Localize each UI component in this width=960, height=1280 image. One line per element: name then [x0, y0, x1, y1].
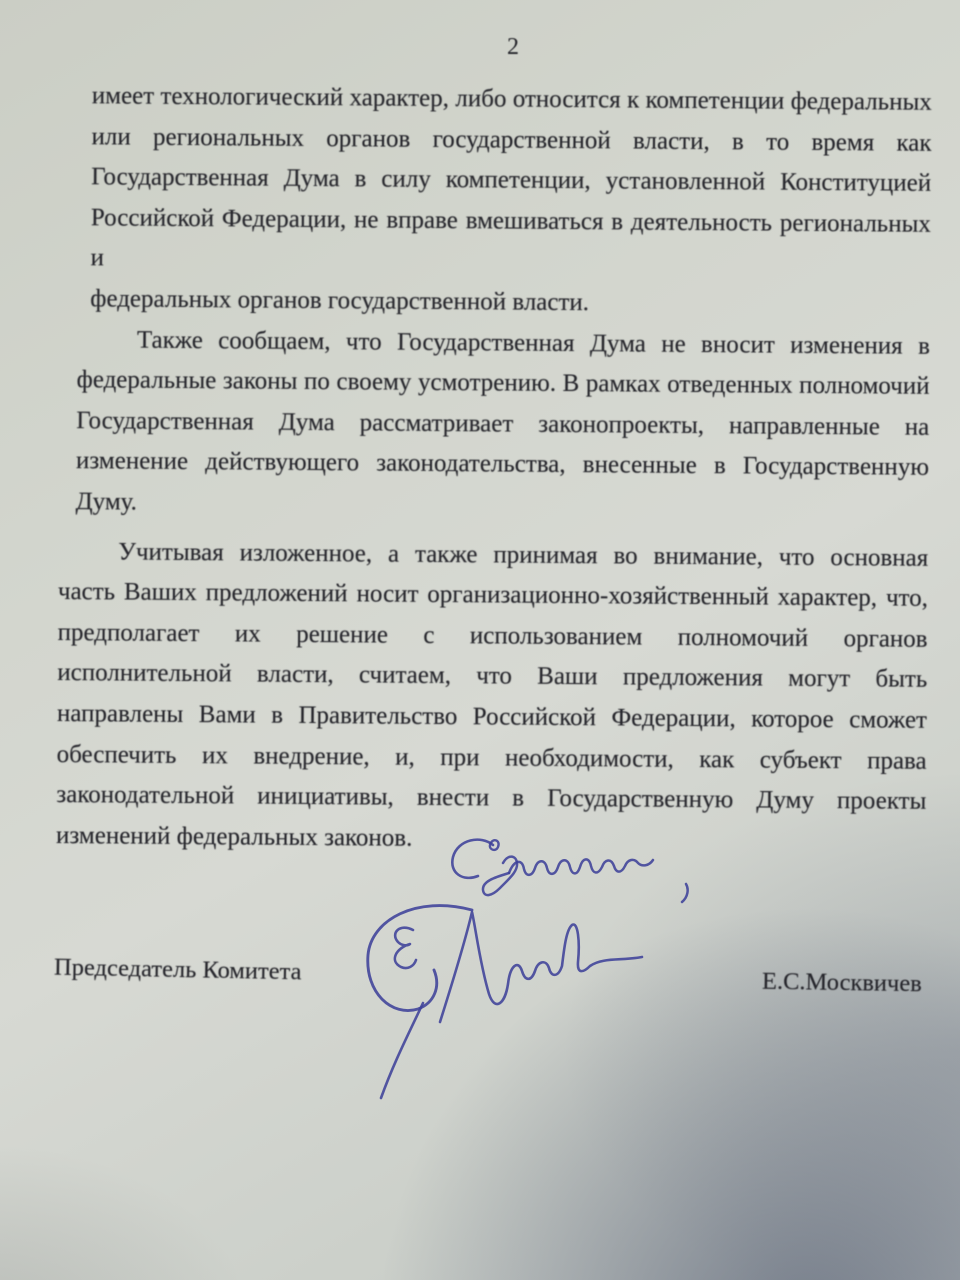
- text-line: Учитывая изложенное, а также принимая во…: [58, 532, 928, 579]
- letter-body: имеет технологический характер, либо отн…: [56, 76, 932, 863]
- page-number: 2: [493, 34, 533, 61]
- text-line: Думу.: [75, 482, 928, 529]
- paragraph: Учитывая изложенное, а также принимая во…: [56, 532, 929, 864]
- signature-scribble: [356, 900, 648, 1118]
- signer-name: Е.С.Москвичев: [762, 968, 922, 999]
- signer-title: Председатель Комитета: [54, 954, 302, 987]
- paragraph: Также сообщаем, что Государственная Дума…: [58, 320, 930, 530]
- scanned-letter-page: 2 имеет технологический характер, либо о…: [0, 0, 960, 1280]
- text-line: Российской Федерации, не вправе вмешиват…: [90, 198, 931, 286]
- text-line: Также сообщаем, что Государственная Дума…: [77, 320, 930, 367]
- text-line: Государственная Дума рассматривает закон…: [76, 401, 929, 448]
- paragraph: имеет технологический характер, либо отн…: [60, 76, 932, 326]
- text-line: часть Ваших предложений носит организаци…: [58, 572, 928, 619]
- text-line: федеральные законы по своему усмотрению.…: [76, 360, 929, 407]
- text-line: законодательной инициативы, внести в Гос…: [56, 775, 926, 822]
- text-line: направлены Вами в Правительство Российск…: [57, 694, 927, 741]
- text-line: обеспечить их внедрение, и, при необходи…: [57, 734, 927, 781]
- text-line: Государственная Дума в силу компетенции,…: [91, 157, 931, 204]
- text-line: исполнительной власти, считаем, что Ваши…: [57, 653, 927, 700]
- text-line: изменение действующего законодательства,…: [76, 441, 929, 488]
- text-line: или региональных органов государственной…: [91, 117, 931, 164]
- text-line: имеет технологический характер, либо отн…: [92, 76, 932, 123]
- text-line: предполагает их решение с использованием…: [57, 613, 927, 660]
- text-line: федеральных органов государственной влас…: [90, 279, 930, 326]
